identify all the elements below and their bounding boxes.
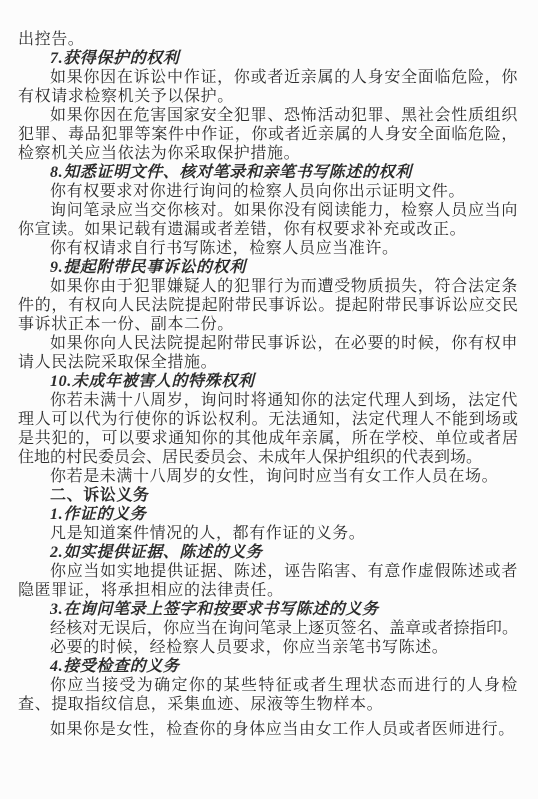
text-line: 如果你向人民法院提起附带民事诉讼，在必要的时候，你有权申: [18, 334, 518, 353]
text-line: 是共犯的，可以要求通知你的其他成年亲属，所在学校、单位或者居: [18, 429, 518, 448]
heading-line: 1.作证的义务: [18, 505, 518, 524]
text-line: 如果你由于犯罪嫌疑人的犯罪行为而遭受物质损失，符合法定条: [18, 277, 518, 296]
heading-line: 10.未成年被害人的特殊权利: [18, 372, 518, 391]
text-line: 如果你因在诉讼中作证，你或者近亲属的人身安全面临危险，你: [18, 68, 518, 87]
heading-line: 9.提起附带民事诉讼的权利: [18, 258, 518, 277]
document-page: 出控告。7.获得保护的权利如果你因在诉讼中作证，你或者近亲属的人身安全面临危险，…: [0, 0, 538, 799]
text-line: 有权请求检察机关予以保护。: [18, 87, 518, 106]
heading-line: 7.获得保护的权利: [18, 49, 518, 68]
text-line: 你若未满十八周岁，询问时将通知你的法定代理人到场，法定代: [18, 391, 518, 410]
text-line: 你有权要求对你进行询问的检察人员向你出示证明文件。: [18, 182, 518, 201]
text-line: 犯罪、毒品犯罪等案件中作证，你或者近亲属的人身安全面临危险，: [18, 125, 518, 144]
heading-line: 4.接受检查的义务: [18, 657, 518, 676]
text-line: 如果你因在危害国家安全犯罪、恐怖活动犯罪、黑社会性质组织: [18, 106, 518, 125]
text-line: 你宣读。如果记载有遗漏或者差错，你有权要求补充或改正。: [18, 220, 518, 239]
text-line: 请人民法院采取保全措施。: [18, 353, 518, 372]
text-line: 出控告。: [18, 30, 518, 49]
text-line: 经核对无误后，你应当在询问笔录上逐页签名、盖章或者捺指印。: [18, 619, 518, 638]
text-line: 你应当接受为确定你的某些特征或者生理状态而进行的人身检: [18, 676, 518, 695]
text-line: 你有权请求自行书写陈述，检察人员应当准许。: [18, 239, 518, 258]
text-line: 查、提取指纹信息，采集血迹、尿液等生物样本。: [18, 695, 518, 714]
text-line: 你若是未满十八周岁的女性，询问时应当有女工作人员在场。: [18, 467, 518, 486]
text-line: 必要的时候，经检察人员要求，你应当亲笔书写陈述。: [18, 638, 518, 657]
text-line: 事诉状正本一份、副本二份。: [18, 315, 518, 334]
heading-line: 3.在询问笔录上签字和按要求书写陈述的义务: [18, 600, 518, 619]
text-line: 住地的村民委员会、居民委员会、未成年人保护组织的代表到场。: [18, 448, 518, 467]
heading-line: 2.如实提供证据、陈述的义务: [18, 543, 518, 562]
text-line: 询问笔录应当交你核对。如果你没有阅读能力，检察人员应当向: [18, 201, 518, 220]
heading-line: 8.知悉证明文件、核对笔录和亲笔书写陈述的权利: [18, 163, 518, 182]
text-line: 理人可以代为行使你的诉讼权利。无法通知，法定代理人不能到场或: [18, 410, 518, 429]
text-line: 如果你是女性，检查你的身体应当由女工作人员或者医师进行。: [18, 720, 518, 739]
text-line: 隐匿罪证，将承担相应的法律责任。: [18, 581, 518, 600]
text-line: 你应当如实地提供证据、陈述，诬告陷害、有意作虚假陈述或者: [18, 562, 518, 581]
text-line: 检察机关应当依法为你采取保护措施。: [18, 144, 518, 163]
heading-line: 二、诉讼义务: [18, 486, 518, 505]
text-line: 凡是知道案件情况的人，都有作证的义务。: [18, 524, 518, 543]
text-line: 件的，有权向人民法院提起附带民事诉讼。提起附带民事诉讼应交民: [18, 296, 518, 315]
